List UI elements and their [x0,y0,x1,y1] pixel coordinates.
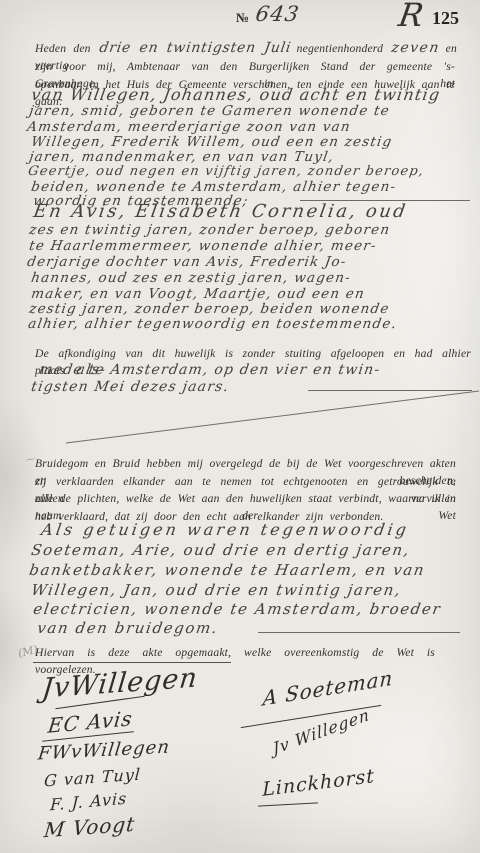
hw-groom-line: Willegen, Frederik Willem, oud een en ze… [30,134,394,150]
hw-groom-line: jaren, mandenmaker, en van van Tuyl, [28,149,335,165]
signature-area-rule [33,662,231,663]
hw-bride-line: maker, en van Voogt, Maartje, oud een en [30,286,366,302]
hw-groom-line: Amsterdam, meerderjarige zoon van van [26,119,352,135]
hw-bride-line: alhier, alhier tegenwoordig en toestemme… [27,316,398,332]
signature-registrar: Linckhorst [262,765,375,801]
hw-wedding-date: drie en twintigsten Juli [98,40,292,57]
hw-bride-line: derjarige dochter van Avis, Frederik Jo- [26,254,348,270]
hw-bride-line: te Haarlemmermeer, wonende alhier, meer- [28,238,378,254]
signature-groom-father: FWvWillegen [37,736,171,764]
hw-groom-line: van Willegen, Johannes, oud acht en twin… [30,85,442,104]
hw-bride-line: zestig jaren, zonder beroep, beiden wone… [28,301,391,317]
intro-line1-pre: Heden den [35,42,91,55]
signature-groom-mother: G van Tuyl [43,765,141,791]
signature-bride-mother: M Voogt [43,812,137,843]
hw-groom-line: Geertje, oud negen en vijftig jaren, zon… [27,164,425,179]
filler-rule [308,390,472,391]
document-number-value: 643 [254,2,301,26]
marriage-certificate-scan: № 643 R 125 Heden den drie en twintigste… [0,0,480,853]
hw-witness-line: Soeteman, Arie, oud drie en dertig jaren… [30,541,412,559]
hw-witness-line: banketbakker, wonende te Haarlem, en van [28,561,427,579]
hw-announcement-line2: mede te Amsterdam, op den vier en twin- [38,362,382,378]
signature-bride-father: F. J. Avis [50,789,128,815]
hw-witness-line: Willegen, Jan, oud drie en twintig jaren… [30,581,403,599]
register-stamp-number: 125 [432,8,459,29]
hw-witness-line: van den bruidegom. [36,619,220,637]
hw-witness-line: electricien, wonende te Amsterdam, broed… [32,600,443,618]
intro-line1-mid: negentienhonderd [297,42,383,55]
signature-witness-2: Jv Willegen [272,704,371,758]
hw-year-word: zeven [390,40,441,57]
register-stamp-letter: R [396,0,427,34]
signature-flourish [258,802,318,806]
hw-announcement-line3: tigsten Mei dezes jaars. [30,379,230,395]
hw-witness-line: Als getuigen waren tegenwoordig [40,520,411,539]
hw-bride-line: zes en twintig jaren, zonder beroep, geb… [28,222,392,238]
hw-groom-line: jaren, smid, geboren te Gameren wonende … [28,103,391,119]
hw-bride-line: hannes, oud zes en zestig jaren, wagen- [30,270,352,286]
hw-bride-line: En Avis, Elisabeth Cornelia, oud [32,201,409,222]
filler-rule [258,632,460,633]
document-number-label: № [236,10,249,26]
